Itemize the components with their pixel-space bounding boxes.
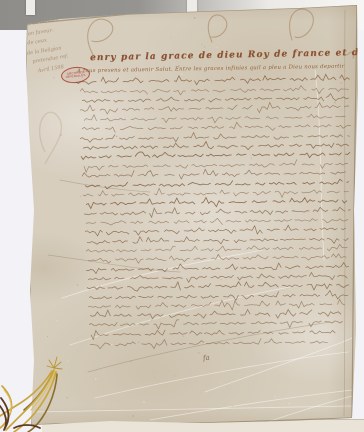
manuscript-body-script <box>0 0 364 432</box>
mount-tab-right <box>187 0 197 13</box>
script-text-line <box>90 310 341 319</box>
script-text-line <box>76 74 350 84</box>
paraph-mark: fa <box>202 354 210 363</box>
script-text-line <box>83 188 349 197</box>
script-text-line <box>86 244 347 252</box>
manuscript-photo: Edit de Nantesen faveurde ceuxde la Reli… <box>0 0 364 432</box>
script-text-line <box>83 142 349 150</box>
script-text-line <box>86 218 348 225</box>
script-text-line <box>82 169 346 179</box>
script-text-line <box>91 330 335 340</box>
script-text-line <box>82 122 351 132</box>
script-text-line <box>81 152 350 160</box>
script-text-line <box>82 94 351 103</box>
script-text-line <box>88 254 351 263</box>
script-text-line <box>84 114 345 123</box>
script-text-line <box>80 133 350 143</box>
parchment-sheet: Edit de Nantesen faveurde ceuxde la Reli… <box>0 0 364 432</box>
script-text-line <box>87 237 348 245</box>
script-text-line <box>84 207 350 217</box>
script-text-line <box>86 263 349 274</box>
script-text-line <box>86 198 347 209</box>
script-text-line <box>84 159 348 172</box>
script-text-line <box>88 273 347 283</box>
script-text-line <box>88 299 345 310</box>
script-text-line <box>89 290 348 300</box>
mount-tab-left <box>26 0 35 15</box>
script-text-line <box>89 320 343 329</box>
script-text-line <box>80 86 349 95</box>
script-text-line <box>85 225 346 236</box>
script-text-line <box>87 282 349 291</box>
script-text-line <box>85 179 349 189</box>
script-text-line <box>80 103 349 114</box>
script-text-line <box>90 338 328 348</box>
